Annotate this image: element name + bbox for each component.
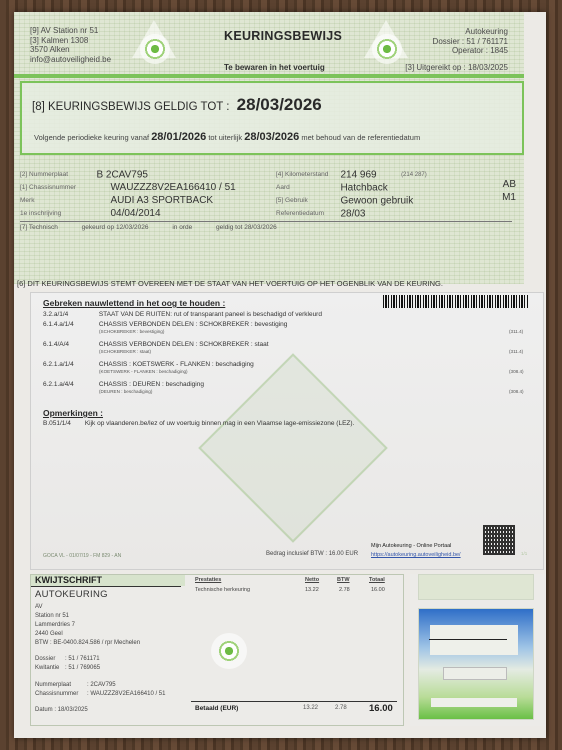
field-first-registration: 1e inschrijving 04/04/2014 (20, 205, 161, 218)
chassis-label: [1] Chassisnummer (20, 184, 92, 191)
defect-code: 6.1.4/A/4 (43, 341, 97, 348)
next-inspection-mid: tot uiterlijk (208, 133, 242, 142)
use-code: M1 (502, 192, 516, 203)
remark-code: B.051/1/4 (43, 420, 83, 427)
conformity-statement: [6] DIT KEURINGSBEWIJS STEMT OVEREEN MET… (17, 279, 443, 288)
station-address: [9] AV Station nr 51 [3] Kalmen 1308 357… (30, 26, 111, 64)
next-inspection-from: 28/01/2026 (151, 131, 206, 143)
field-use: [5] Gebruik Gewoon gebruik M1 (276, 192, 516, 205)
defect-text: STAAT VAN DE RUITEN: rut of transparant … (99, 311, 322, 318)
plate-value: : 2CAV795 (87, 682, 116, 688)
eye-logo-icon (140, 34, 170, 64)
address-line: AV (35, 603, 140, 612)
portal-link[interactable]: https://autokeuring.autoveiligheid.be/ (371, 552, 461, 558)
technical-status-value: in orde (172, 224, 192, 231)
portal-title: Mijn Autokeuring - Online Portaal (371, 543, 451, 549)
technical-label: [7] Technisch (20, 224, 58, 231)
next-inspection: Volgende periodieke keuring vanaf 28/01/… (34, 131, 420, 143)
next-inspection-prefix: Volgende periodieke keuring vanaf (34, 133, 149, 142)
technical-inspected: gekeurd op 12/03/2026 (82, 224, 149, 231)
qr-code[interactable] (483, 525, 515, 555)
address-line: [9] AV Station nr 51 (30, 26, 111, 36)
defect-reference: (308.4) (509, 369, 524, 374)
field-type: Aard Hatchback AB (276, 179, 516, 192)
column-header: Totaal (369, 577, 385, 583)
defects-heading: Gebreken nauwlettend in het oog te houde… (43, 298, 225, 308)
barcode (383, 295, 529, 308)
defect-item: 6.1.4/A/4 CHASSIS VERBONDEN DELEN : SCHO… (43, 341, 269, 354)
stub-tear-strip (418, 574, 534, 600)
sticker-field (431, 698, 517, 707)
address-line: Station nr 51 (35, 612, 140, 621)
valid-until-label: [8] KEURINGSBEWIJS GELDIG TOT : (32, 101, 229, 113)
technical-valid-until: geldig tot 28/03/2026 (216, 224, 277, 231)
field-chassis: [1] Chassisnummer WAUZZZ8V2EA166410 / 51 (20, 179, 236, 192)
plate-label: Nummerplaat (35, 681, 87, 690)
valid-until: [8] KEURINGSBEWIJS GELDIG TOT : 28/03/20… (32, 95, 322, 115)
defect-subtext: (DEUREN : beschadiging) (99, 389, 204, 394)
address-line: 3570 Alken (30, 45, 111, 55)
issue-date: [3] Uitgereikt op : 18/03/2025 (405, 63, 508, 72)
defect-item: 6.2.1.a/4/4 CHASSIS : DEUREN : beschadig… (43, 381, 204, 394)
field-make: Merk AUDI A3 SPORTBACK (20, 192, 213, 205)
dossier-value: : 51 / 761171 (65, 656, 100, 662)
type-code: AB (503, 179, 516, 190)
defect-subtext: (SCHOKBREKER : bevestiging) (99, 329, 287, 334)
divider (191, 701, 397, 702)
field-plate: [2] Nummerplaat B 2CAV795 (20, 166, 148, 179)
column-header: Netto (305, 577, 319, 583)
service-name: Technische herkeuring (195, 587, 250, 593)
amount-incl-vat: Bedrag inclusief BTW : 16.00 EUR (266, 551, 358, 557)
defect-text: CHASSIS : KOETSWERK - FLANKEN : beschadi… (99, 361, 254, 368)
email-link[interactable]: info@autoveiligheid.be (30, 55, 111, 65)
sticker-stub (410, 574, 546, 726)
defect-code: 6.2.1.a/1/4 (43, 361, 97, 368)
paid-vat: 2.78 (335, 705, 347, 711)
defect-code: 6.1.4.a/1/4 (43, 321, 97, 328)
defect-text: CHASSIS VERBONDEN DELEN : SCHOKBREKER : … (99, 321, 288, 328)
remark-item: B.051/1/4 Kijk op vlaanderen.be/lez of u… (43, 420, 354, 427)
address-line: Lammerdries 7 (35, 621, 140, 630)
service-total: 16.00 (371, 587, 385, 593)
form-reference: GOCA VL - 01/07/19 - FM 829 - AN (43, 553, 121, 559)
receipt-section: KWIJTSCHRIFT AUTOKEURING AV Station nr 5… (30, 574, 404, 726)
mileage-label: [4] Kilometerstand (276, 171, 336, 178)
technical-status: [7] Technisch gekeurd op 12/03/2026 in o… (20, 224, 299, 231)
document-title: KEURINGSBEWIJS (224, 29, 342, 43)
receipt-date: Datum : 18/03/2025 (35, 707, 88, 713)
address-line: [3] Kalmen 1308 (30, 36, 111, 46)
service-vat: 2.78 (339, 587, 350, 593)
paid-label: Betaald (EUR) (195, 705, 238, 712)
diamond-watermark-icon (198, 353, 388, 543)
first-registration-label: 1e inschrijving (20, 210, 92, 217)
dossier-info: Autokeuring Dossier : 51 / 761171 Operat… (433, 27, 508, 56)
defects-section: Gebreken nauwlettend in het oog te houde… (30, 292, 544, 570)
sticker-band (430, 625, 518, 655)
defect-reference: (311.4) (509, 329, 523, 334)
next-inspection-to: 28/03/2026 (244, 131, 299, 143)
green-divider (14, 74, 524, 78)
defect-code: 3.2.a/1/4 (43, 311, 97, 318)
service-name: Autokeuring (433, 27, 508, 37)
receipt-vehicle-info: Nummerplaat: 2CAV795 Chassisnummer: WAUZ… (35, 681, 165, 698)
operator-number: Operator : 1845 (433, 46, 508, 56)
vat-number: BTW : BE-0400.824.586 / rpr Mechelen (35, 639, 140, 648)
plate-label: [2] Nummerplaat (20, 171, 92, 178)
defect-item: 3.2.a/1/4 STAAT VAN DE RUITEN: rut of tr… (43, 311, 322, 318)
defect-reference: (308.4) (509, 389, 524, 394)
use-label: [5] Gebruik (276, 197, 336, 204)
defect-code: 6.2.1.a/4/4 (43, 381, 97, 388)
column-header: Prestaties (195, 577, 221, 583)
document-subtitle: Te bewaren in het voertuig (224, 63, 325, 72)
column-header: BTW (337, 577, 350, 583)
page-number: 1/1 (521, 551, 527, 556)
chassis-value: : WAUZZZ8V2EA166410 / 51 (87, 691, 165, 697)
defect-item: 6.2.1.a/1/4 CHASSIS : KOETSWERK - FLANKE… (43, 361, 254, 374)
receipt-address: AV Station nr 51 Lammerdries 7 2440 Geel… (35, 603, 140, 648)
defect-reference: (311.4) (509, 349, 523, 354)
remarks-heading: Opmerkingen : (43, 408, 103, 418)
eye-logo-icon (211, 633, 247, 669)
dossier-number: Dossier : 51 / 761171 (433, 37, 508, 47)
receipt-dossier-info: Dossier: 51 / 761171 Kwitantie: 51 / 769… (35, 655, 100, 672)
dossier-label: Dossier (35, 655, 65, 664)
receipt-title: KWIJTSCHRIFT (31, 575, 185, 586)
field-reference-date: Referentiedatum 28/03 (276, 205, 365, 218)
receipt-company: AUTOKEURING (35, 589, 108, 600)
field-mileage: [4] Kilometerstand 214 969 (214 287) (276, 166, 427, 179)
make-label: Merk (20, 197, 92, 204)
paid-net: 13.22 (303, 705, 318, 711)
eye-logo-icon (372, 34, 402, 64)
defect-subtext: (KOETSWERK - FLANKEN : beschadiging) (99, 369, 254, 374)
sticker-field (443, 667, 507, 680)
receipt-number-value: : 51 / 769065 (65, 665, 100, 671)
reference-date-value: 28/03 (340, 208, 365, 219)
first-registration-value: 04/04/2014 (110, 208, 160, 219)
chassis-label: Chassisnummer (35, 690, 87, 699)
remark-text: Kijk op vlaanderen.be/lez of uw voertuig… (85, 420, 355, 427)
reference-date-label: Referentiedatum (276, 210, 336, 217)
defect-text: CHASSIS VERBONDEN DELEN : SCHOKBREKER : … (99, 341, 269, 348)
service-net: 13.22 (305, 587, 319, 593)
type-label: Aard (276, 184, 336, 191)
paid-total: 16.00 (369, 703, 393, 714)
next-inspection-suffix: met behoud van de referentiedatum (301, 133, 420, 142)
address-line: 2440 Geel (35, 630, 140, 639)
divider (20, 221, 512, 222)
validity-box: [8] KEURINGSBEWIJS GELDIG TOT : 28/03/20… (20, 81, 524, 155)
divider (31, 586, 181, 587)
sticker-line (429, 639, 507, 640)
defect-text: CHASSIS : DEUREN : beschadiging (99, 381, 204, 388)
defect-subtext: (SCHOKBREKER : staat) (99, 349, 269, 354)
receipt-number-label: Kwitantie (35, 664, 65, 673)
previous-mileage: (214 287) (401, 172, 427, 178)
valid-until-date: 28/03/2026 (237, 95, 322, 114)
certificate-top-section: [9] AV Station nr 51 [3] Kalmen 1308 357… (14, 12, 524, 284)
defect-item: 6.1.4.a/1/4 CHASSIS VERBONDEN DELEN : SC… (43, 321, 287, 334)
inspection-sticker (418, 608, 534, 720)
